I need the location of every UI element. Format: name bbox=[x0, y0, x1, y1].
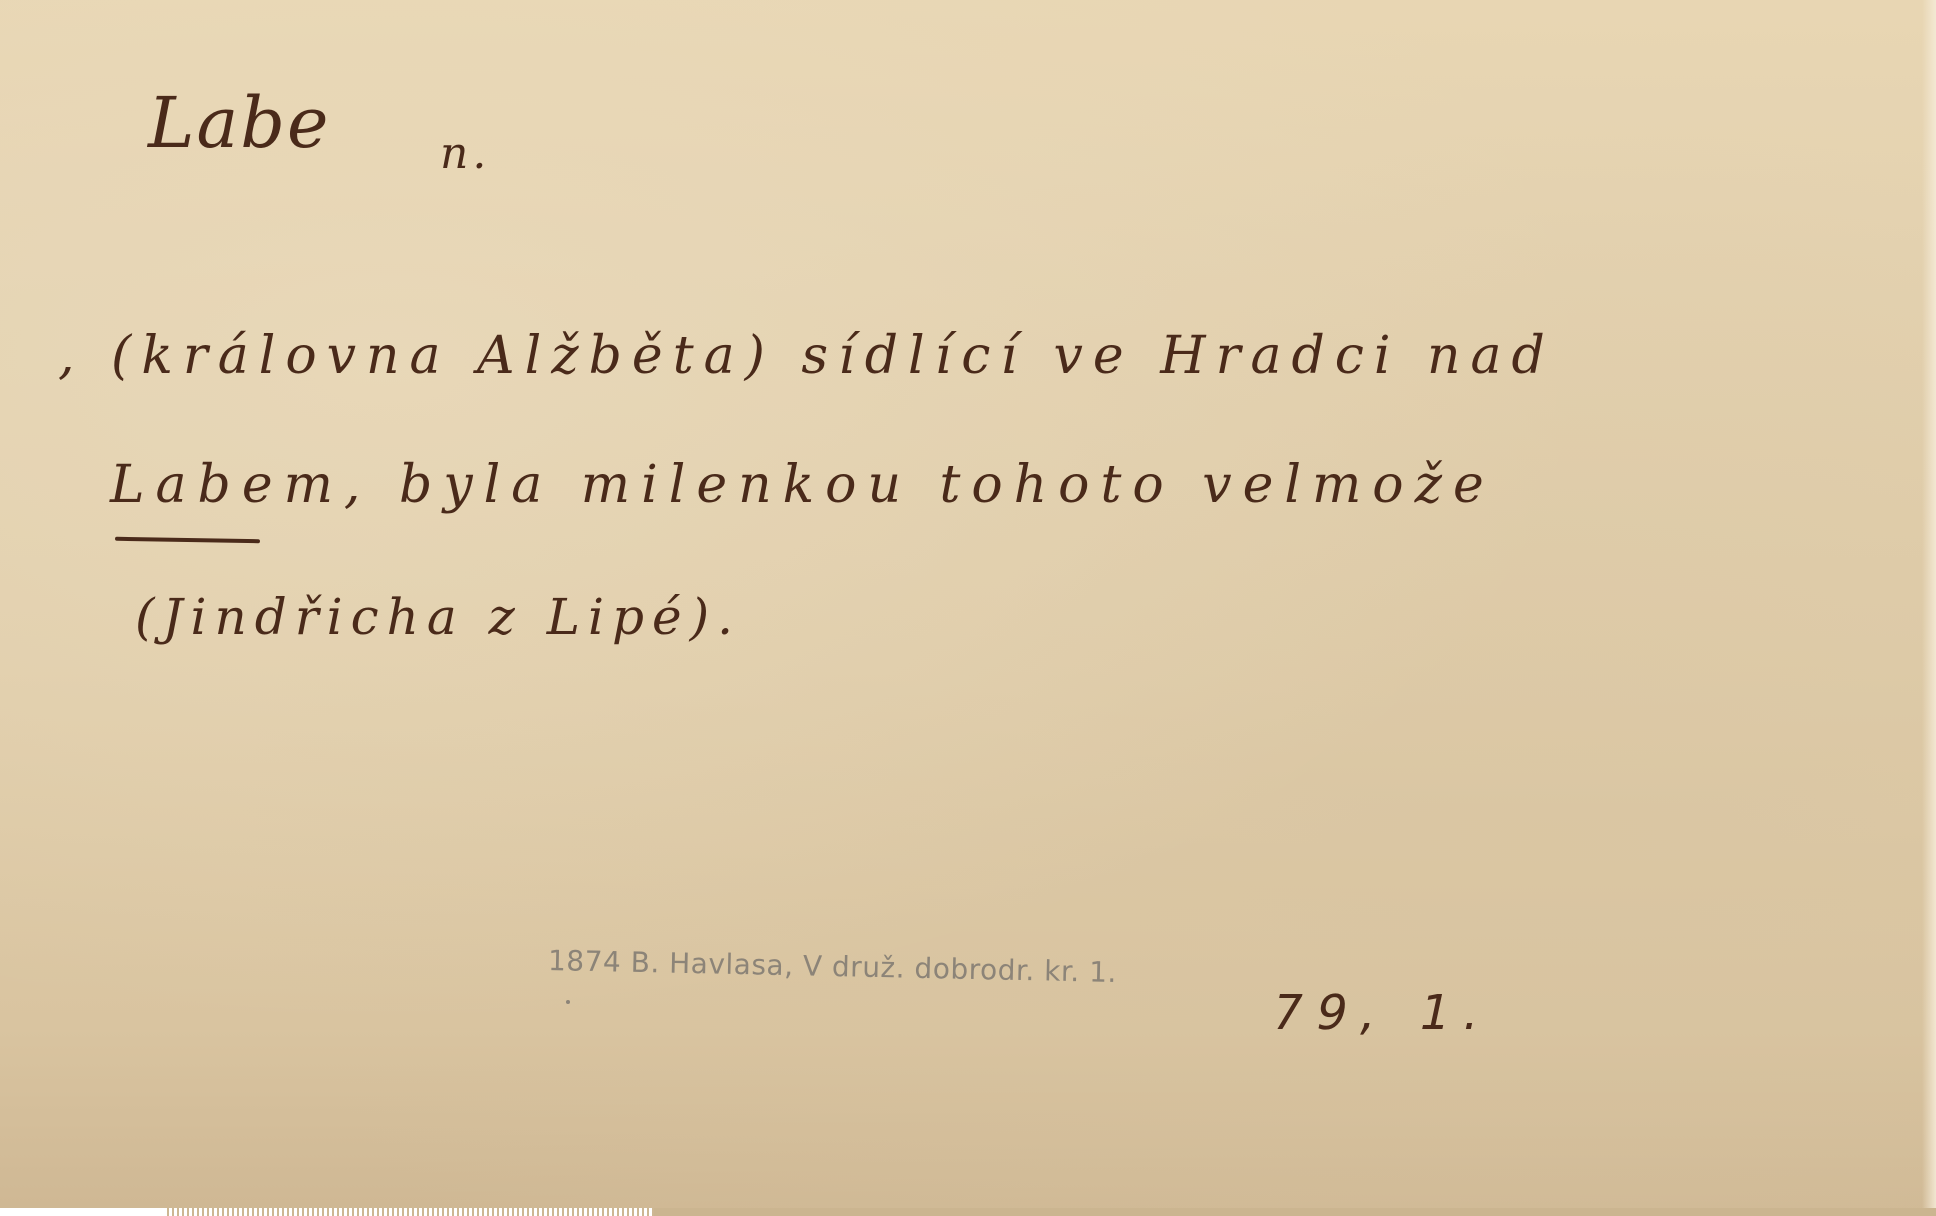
dictionary-index-card: Labe n. , (královna Alžběta) sídlící ve … bbox=[0, 0, 1936, 1208]
scan-gap bbox=[0, 1208, 164, 1216]
quote-line-2: Labem, byla milenkou tohoto velmože bbox=[110, 455, 1495, 515]
scan-bottom-edge bbox=[0, 1208, 1936, 1216]
page-reference: 79, 1. bbox=[1266, 985, 1499, 1041]
part-of-speech: n. bbox=[440, 128, 490, 179]
print-dot bbox=[566, 1000, 570, 1004]
headword-underline bbox=[115, 537, 260, 544]
quote-line-1: , (královna Alžběta) sídlící ve Hradci n… bbox=[58, 326, 1555, 386]
quote-line-3: (Jindřicha z Lipé). bbox=[135, 588, 741, 646]
card-right-edge bbox=[1922, 0, 1936, 1208]
headword: Labe bbox=[148, 82, 330, 164]
torn-edge bbox=[164, 1208, 654, 1216]
source-citation: 1874 B. Havlasa, V druž. dobrodr. kr. 1. bbox=[548, 944, 1117, 989]
